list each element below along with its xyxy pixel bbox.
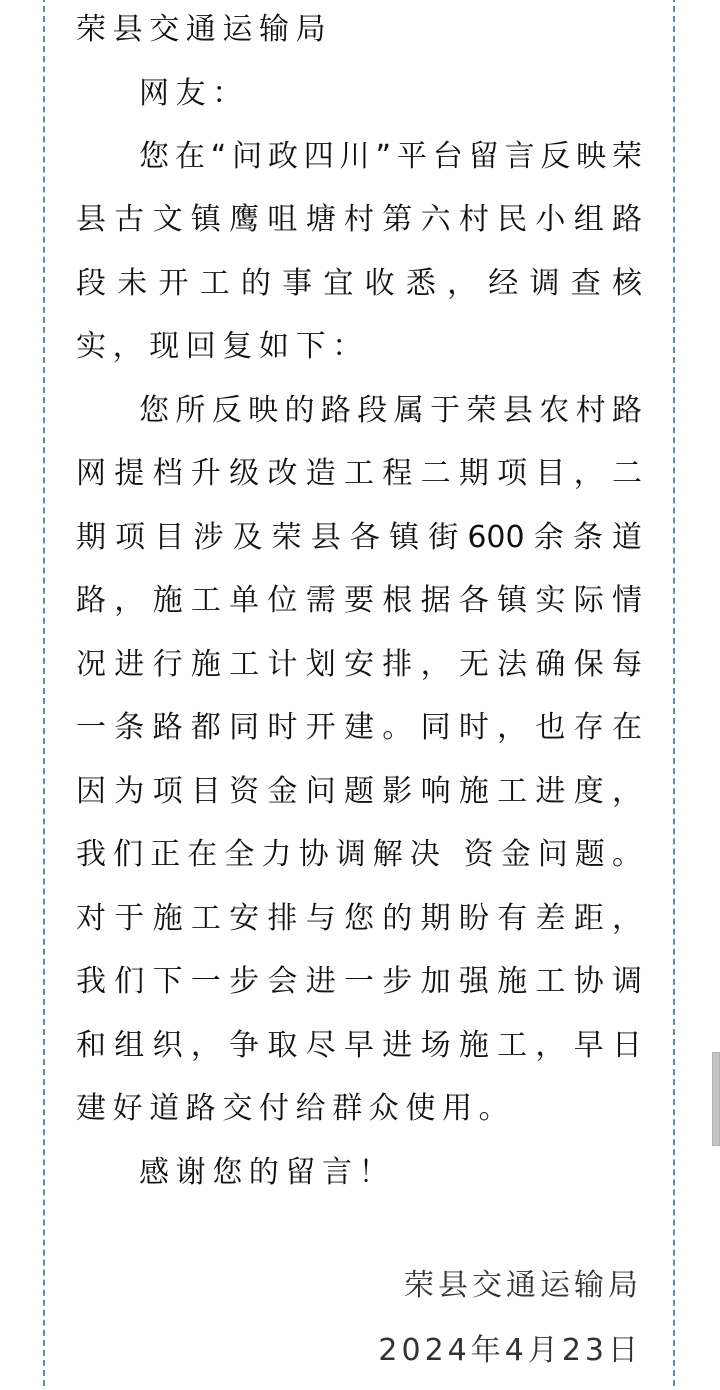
salutation: 网友： [139, 74, 642, 114]
paragraph-1-line-3: 段未开工的事宜收悉，经调查核 [76, 264, 642, 304]
signature-organization: 荣县交通运输局 [76, 1266, 642, 1306]
vertical-scrollbar-thumb[interactable] [712, 1052, 720, 1146]
paragraph-1-line-1: 您在“问政四川”平台留言反映荣 [139, 137, 642, 177]
paragraph-2-line-7: 因为项目资金问题影响施工进度， [76, 772, 642, 812]
paragraph-2-line-5: 况进行施工计划安排，无法确保每 [76, 645, 642, 685]
paragraph-2-line-11: 和组织，争取尽早进场施工，早日 [76, 1026, 642, 1066]
paragraph-2-line-10: 我们下一步会进一步加强施工协调 [76, 962, 642, 1002]
paragraph-2-line-2: 网提档升级改造工程二期项目，二 [76, 454, 642, 494]
paragraph-2-line-12: 建好道路交付给群众使用。 [76, 1089, 642, 1129]
paragraph-2-line-8: 我们正在全力协调解决 资金问题。 [76, 835, 642, 875]
paragraph-2-line-1: 您所反映的路段属于荣县农村路 [139, 391, 642, 431]
paragraph-1-line-4: 实，现回复如下： [76, 327, 642, 367]
signature-date: 2024年4月23日 [76, 1331, 642, 1371]
paragraph-2-line-6: 一条路都同时开建。同时，也存在 [76, 708, 642, 748]
paragraph-2-line-4: 路，施工单位需要根据各镇实际情 [76, 581, 642, 621]
closing-thanks: 感谢您的留言！ [139, 1153, 642, 1193]
paragraph-2-line-3: 期项目涉及荣县各镇街600余条道 [76, 518, 642, 558]
paragraph-2-line-9: 对于施工安排与您的期盼有差距， [76, 899, 642, 939]
paragraph-1-line-2: 县古文镇鹰咀塘村第六村民小组路 [76, 200, 642, 240]
sender-heading: 荣县交通运输局 [76, 10, 642, 50]
